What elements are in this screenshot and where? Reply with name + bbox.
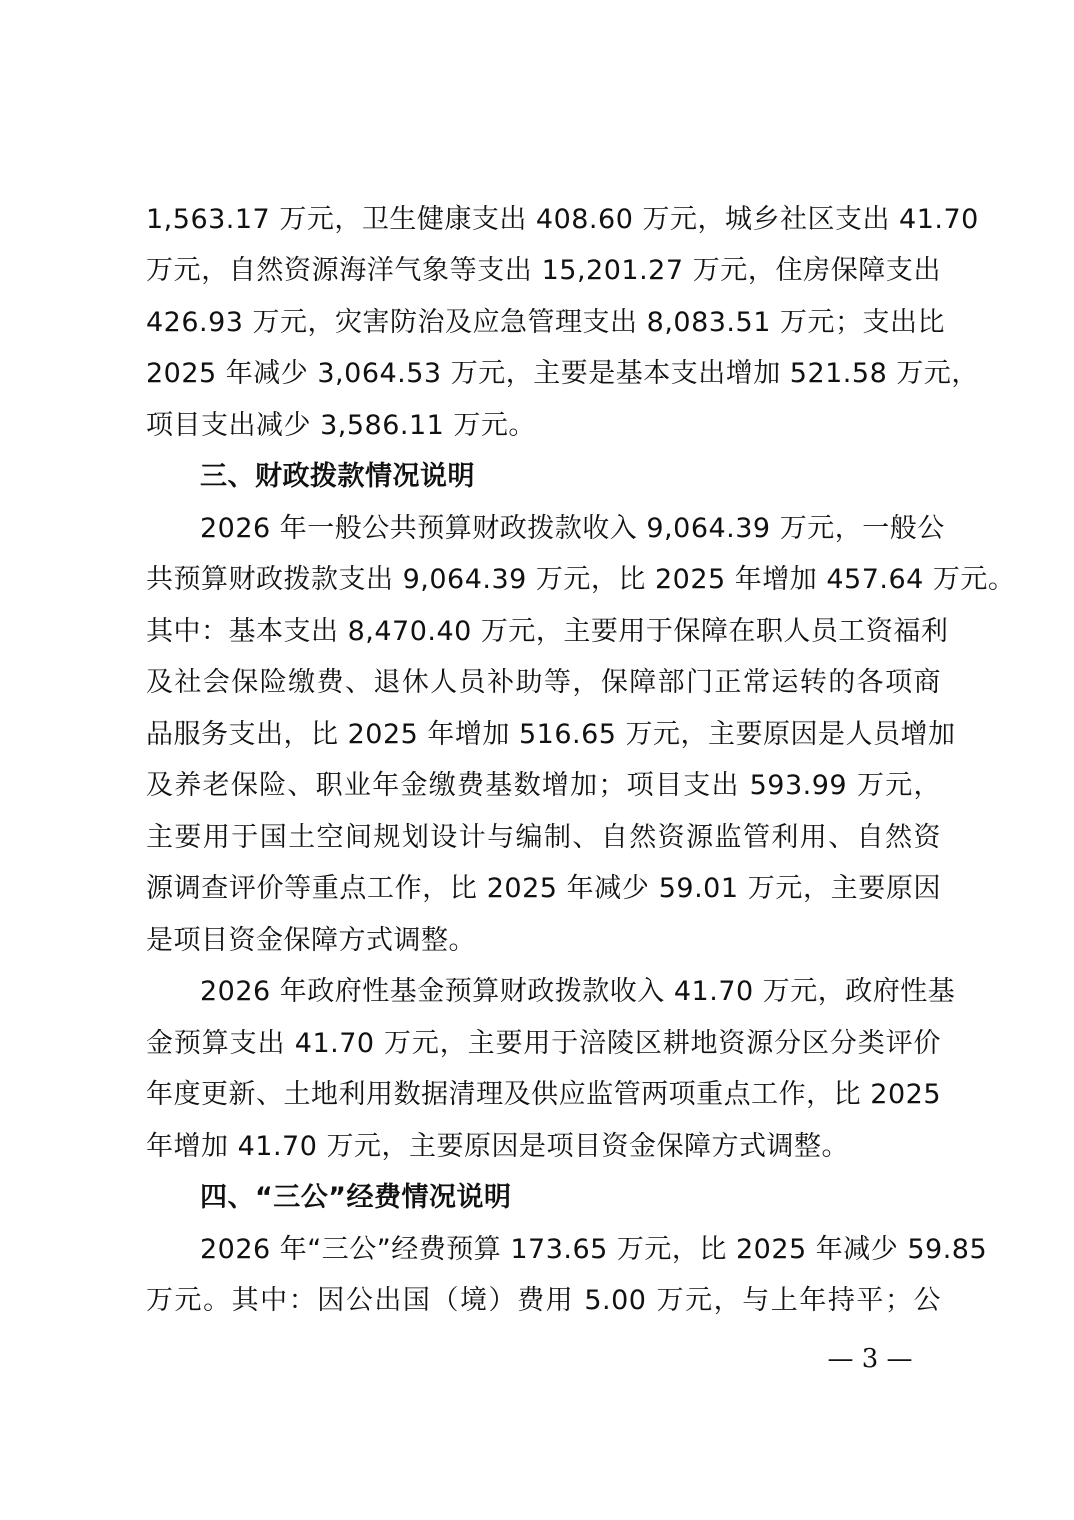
paragraph-line: 2026 年“三公”经费预算 173.65 万元，比 2025 年减少 59.8… — [200, 1230, 941, 1270]
paragraph-line: 万元。其中：因公出国（境）费用 5.00 万元，与上年持平；公 — [146, 1281, 941, 1321]
document-page: 1,563.17 万元，卫生健康支出 408.60 万元，城乡社区支出 41.7… — [0, 0, 1074, 1520]
paragraph-line: 项目支出减少 3,586.11 万元。 — [146, 406, 941, 446]
paragraph-line: 主要用于国土空间规划设计与编制、自然资源监管利用、自然资 — [146, 818, 941, 858]
paragraph-line: 及养老保险、职业年金缴费基数增加；项目支出 593.99 万元， — [146, 766, 941, 806]
section-heading-fiscal-appropriation: 三、财政拨款情况说明 — [200, 457, 941, 497]
paragraph-line: 1,563.17 万元，卫生健康支出 408.60 万元，城乡社区支出 41.7… — [146, 200, 941, 240]
paragraph-line: 其中：基本支出 8,470.40 万元，主要用于保障在职人员工资福利 — [146, 612, 941, 652]
paragraph-line: 源调查评价等重点工作，比 2025 年减少 59.01 万元，主要原因 — [146, 869, 941, 909]
paragraph-line: 426.93 万元，灾害防治及应急管理支出 8,083.51 万元；支出比 — [146, 303, 941, 343]
paragraph-line: 万元，自然资源海洋气象等支出 15,201.27 万元，住房保障支出 — [146, 251, 941, 291]
page-number: — 3 — — [820, 1342, 920, 1376]
paragraph-line: 2026 年政府性基金预算财政拨款收入 41.70 万元，政府性基 — [200, 972, 941, 1012]
paragraph-line: 品服务支出，比 2025 年增加 516.65 万元，主要原因是人员增加 — [146, 715, 941, 755]
paragraph-line: 金预算支出 41.70 万元，主要用于涪陵区耕地资源分区分类评价 — [146, 1024, 941, 1064]
paragraph-line: 2025 年减少 3,064.53 万元，主要是基本支出增加 521.58 万元… — [146, 354, 941, 394]
paragraph-line: 年度更新、土地利用数据清理及供应监管两项重点工作，比 2025 — [146, 1075, 941, 1115]
paragraph-line: 年增加 41.70 万元，主要原因是项目资金保障方式调整。 — [146, 1127, 941, 1167]
paragraph-line: 共预算财政拨款支出 9,064.39 万元，比 2025 年增加 457.64 … — [146, 560, 941, 600]
paragraph-line: 及社会保险缴费、退休人员补助等，保障部门正常运转的各项商 — [146, 663, 941, 703]
section-heading-three-public-expenses: 四、“三公”经费情况说明 — [200, 1178, 941, 1218]
paragraph-line: 是项目资金保障方式调整。 — [146, 921, 941, 961]
paragraph-line: 2026 年一般公共预算财政拨款收入 9,064.39 万元，一般公 — [200, 509, 941, 549]
